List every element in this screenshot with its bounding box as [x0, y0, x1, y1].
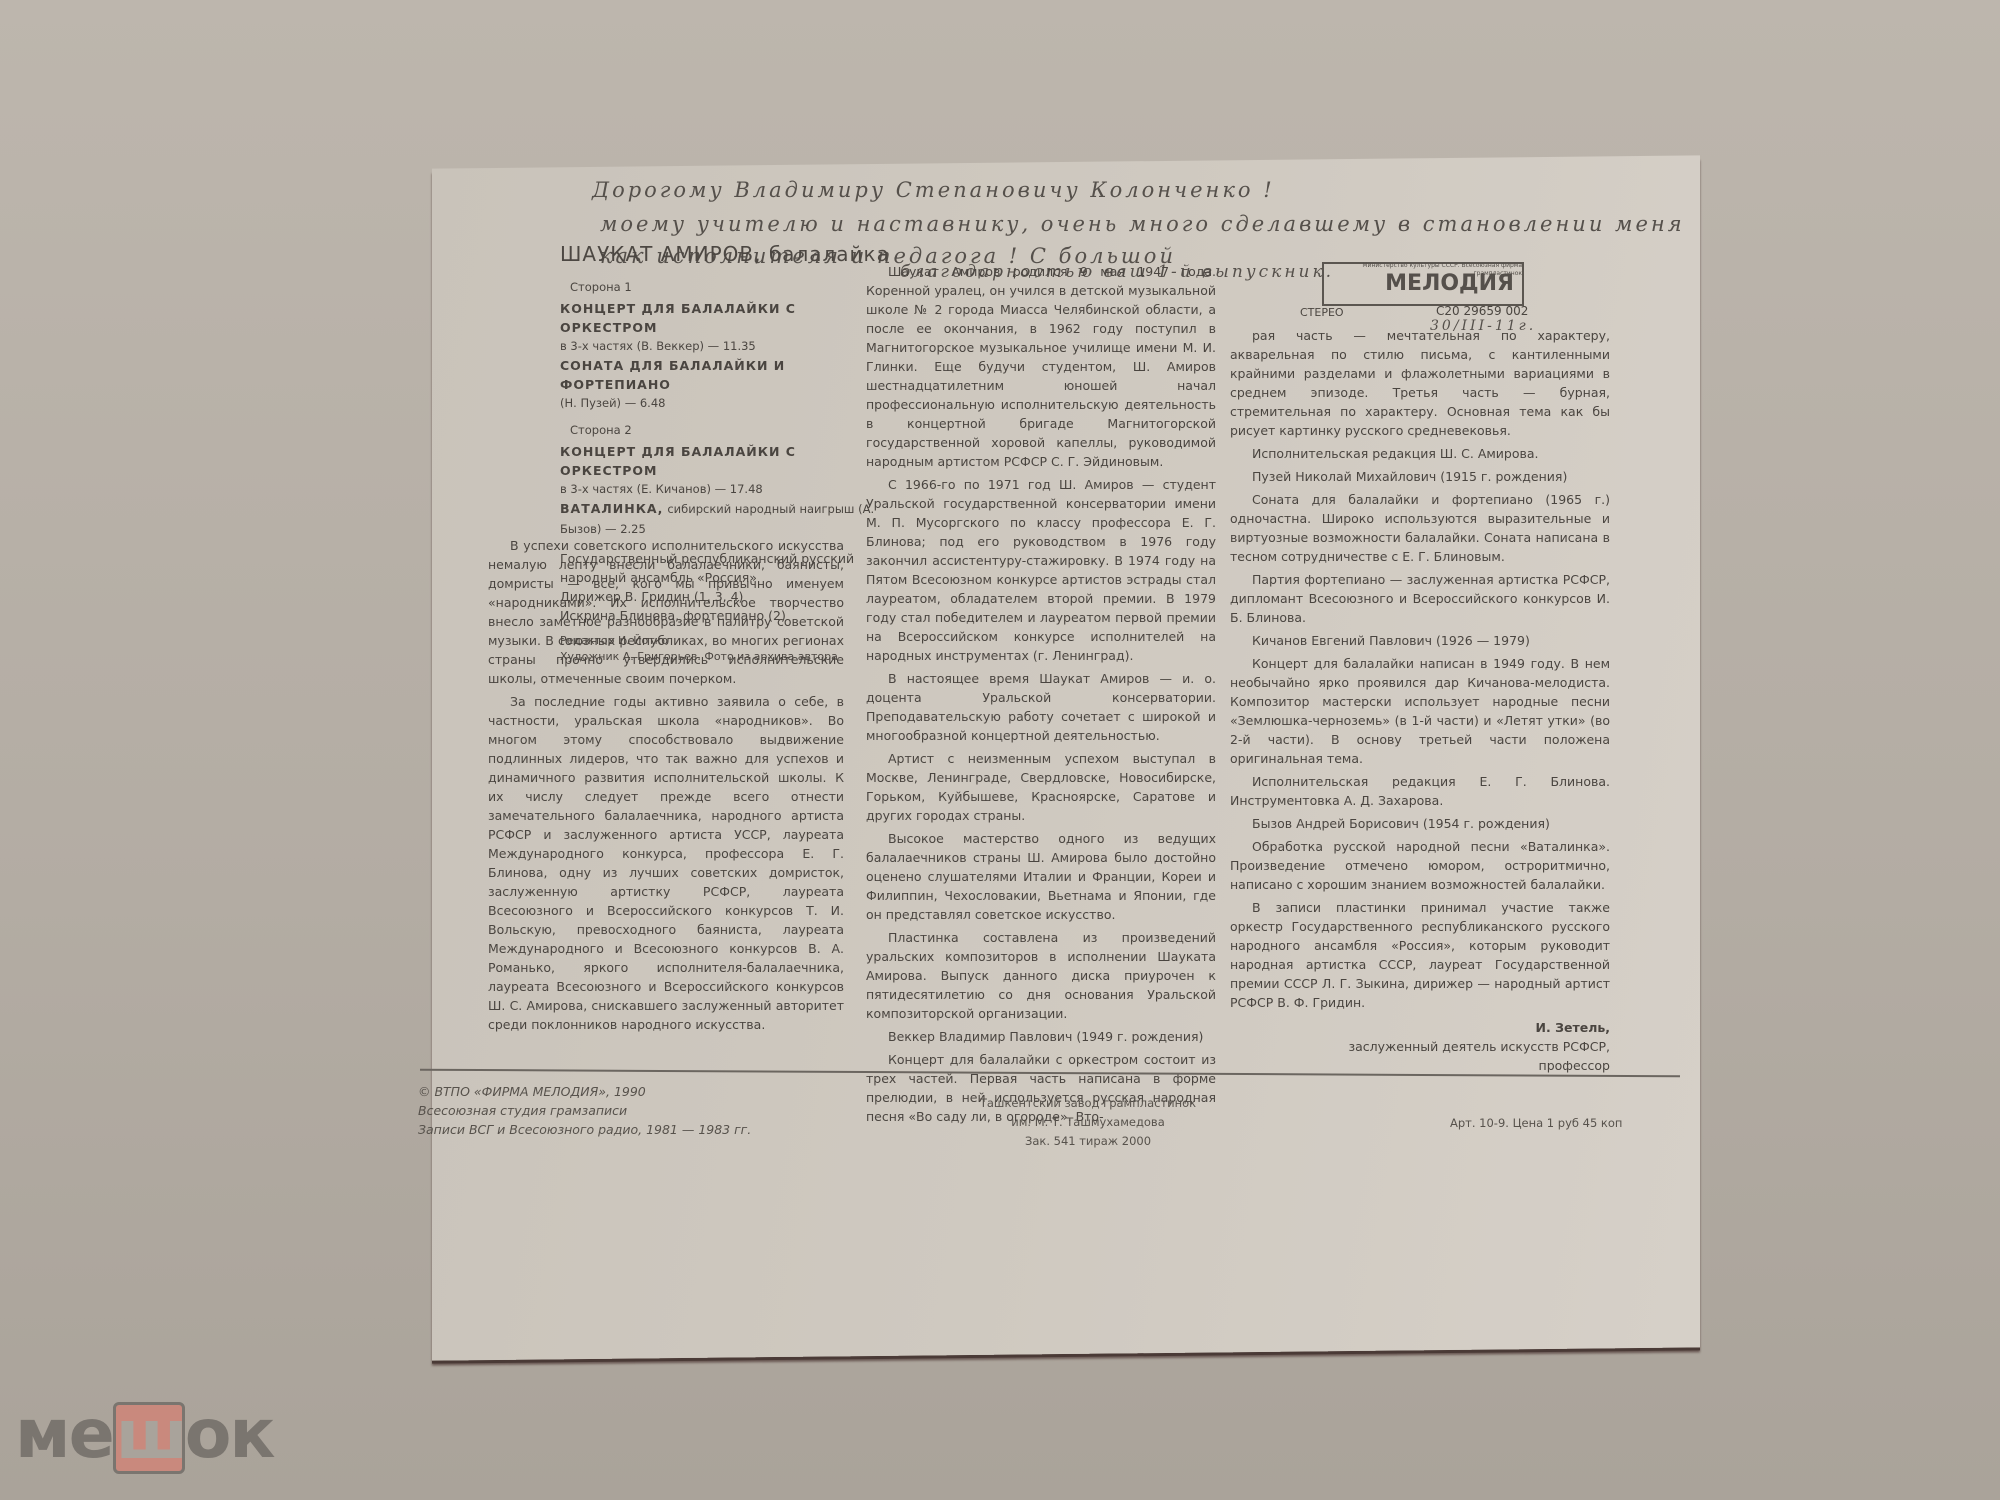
price: Арт. 10-9. Цена 1 руб 45 коп: [1450, 1114, 1622, 1133]
paragraph: Шаукат Амиров родился 9 мая 1947 года. К…: [866, 262, 1216, 471]
footer-center: Ташкентский завод грампластинок им. М. Т…: [968, 1094, 1208, 1151]
dedication-line-1: Дорогому Владимиру Степановичу Колонченк…: [592, 178, 1275, 202]
paragraph: Кичанов Евгений Павлович (1926 — 1979): [1230, 631, 1610, 650]
signature-title: профессор: [1230, 1056, 1610, 1075]
meshok-watermark: мешок: [15, 1395, 274, 1474]
column-1: В успехи советского исполнительского иск…: [488, 536, 844, 1038]
format-label: СТЕРЕО: [1300, 306, 1344, 319]
watermark-text: ме: [15, 1395, 113, 1474]
paragraph: рая часть — мечтательная по характеру, а…: [1230, 326, 1610, 440]
paragraph: Концерт для балалайки написан в 1949 год…: [1230, 654, 1610, 768]
paragraph: Бызов Андрей Борисович (1954 г. рождения…: [1230, 814, 1610, 833]
recording-info: Записи ВСГ и Всесоюзного радио, 1981 — 1…: [418, 1120, 751, 1139]
side-2-label: Сторона 2: [570, 421, 880, 440]
track-title: ВАТАЛИНКА,: [560, 501, 663, 516]
paragraph: Пластинка составлена из произведений ура…: [866, 928, 1216, 1023]
side-1-label: Сторона 1: [570, 278, 880, 297]
track-detail: (Н. Пузей) — 6.48: [560, 394, 880, 413]
paragraph: В записи пластинки принимал участие такж…: [1230, 898, 1610, 1012]
paragraph: Пузей Николай Михайлович (1915 г. рожден…: [1230, 467, 1610, 486]
paragraph: С 1966-го по 1971 год Ш. Амиров — студен…: [866, 475, 1216, 665]
watermark-text: ок: [185, 1395, 274, 1474]
track-detail: в 3-х частях (Е. Кичанов) — 17.48: [560, 480, 880, 499]
column-3: рая часть — мечтательная по характеру, а…: [1230, 326, 1610, 1075]
paragraph: Партия фортепиано — заслуженная артистка…: [1230, 570, 1610, 627]
bag-letter: ш: [116, 1396, 186, 1475]
studio: Всесоюзная студия грамзаписи: [418, 1101, 751, 1120]
track-title: СОНАТА ДЛЯ БАЛАЛАЙКИ И ФОРТЕПИАНО: [560, 356, 880, 394]
signature-title: заслуженный деятель искусств РСФСР,: [1230, 1037, 1610, 1056]
paragraph: Соната для балалайки и фортепиано (1965 …: [1230, 490, 1610, 566]
track-title: КОНЦЕРТ ДЛЯ БАЛАЛАЙКИ С ОРКЕСТРОМ: [560, 299, 880, 337]
melodiya-logo: Министерство культуры СССР. Всесоюзная ф…: [1322, 262, 1524, 306]
catalog-number: С20 29659 002: [1436, 304, 1528, 318]
paragraph: Высокое мастерство одного из ведущих бал…: [866, 829, 1216, 924]
paragraph: Обработка русской народной песни «Ватали…: [1230, 837, 1610, 894]
factory: Ташкентский завод грампластинок: [968, 1094, 1208, 1113]
paragraph: Артист с неизменным успехом выступал в М…: [866, 749, 1216, 825]
paragraph: В настоящее время Шаукат Амиров — и. о. …: [866, 669, 1216, 745]
paragraph: За последние годы активно заявила о себе…: [488, 692, 844, 1034]
track-title: КОНЦЕРТ ДЛЯ БАЛАЛАЙКИ С ОРКЕСТРОМ: [560, 442, 880, 480]
shopping-bag-icon: ш: [113, 1402, 185, 1474]
copyright: © ВТПО «ФИРМА МЕЛОДИЯ», 1990: [418, 1082, 751, 1101]
paragraph: Исполнительская редакция Ш. С. Амирова.: [1230, 444, 1610, 463]
footer-left: © ВТПО «ФИРМА МЕЛОДИЯ», 1990 Всесоюзная …: [418, 1082, 751, 1139]
factory-name: им. М. Т. Ташмухамедова: [968, 1113, 1208, 1132]
column-2: Шаукат Амиров родился 9 мая 1947 года. К…: [866, 262, 1216, 1130]
signature-name: И. Зетель,: [1230, 1018, 1610, 1037]
paragraph: В успехи советского исполнительского иск…: [488, 536, 844, 688]
album-artist: ШАУКАТ АМИРОВ, балалайка: [560, 242, 890, 266]
order-info: Зак. 541 тираж 2000: [968, 1132, 1208, 1151]
label-small-text: Министерство культуры СССР. Всесоюзная ф…: [1326, 262, 1522, 278]
track-detail: в 3-х частях (В. Веккер) — 11.35: [560, 337, 880, 356]
paragraph: Исполнительская редакция Е. Г. Блинова. …: [1230, 772, 1610, 810]
paragraph: Веккер Владимир Павлович (1949 г. рожден…: [866, 1027, 1216, 1046]
